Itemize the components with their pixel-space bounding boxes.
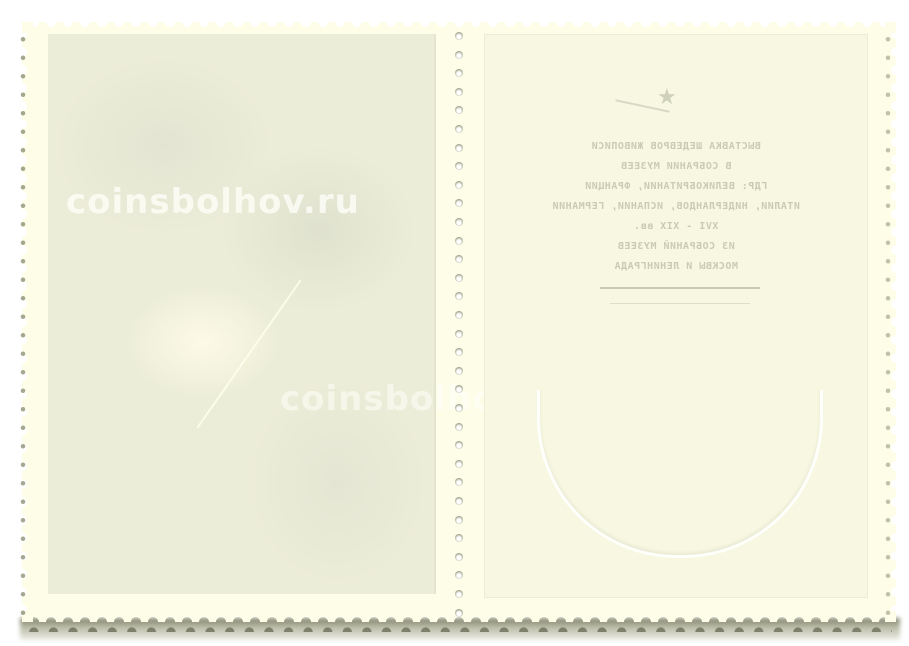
perforation-hole: [455, 144, 463, 152]
perforation-hole: [455, 88, 463, 96]
perforation-hole: [455, 367, 463, 375]
mirrored-text-line: ИТАЛИИ, НИДЕРЛАНДОВ, ИСПАНИИ, ГЕРМАНИИ: [485, 199, 867, 215]
perforation-hole: [455, 348, 463, 356]
mirrored-text-line: ИЗ СОБРАНИЙ МУЗЕЕВ: [485, 239, 867, 255]
perforation-hole: [455, 162, 463, 170]
perforation-hole: [455, 534, 463, 542]
label-reverse-panel: ★ ВЫСТАВКА ШЕДЕВРОВ ЖИВОПИСИВ СОБРАНИИ М…: [484, 34, 868, 598]
perforation-hole: [455, 125, 463, 133]
left-perforation-edge: [20, 30, 26, 620]
perforation-hole: [455, 497, 463, 505]
perforation-hole: [455, 51, 463, 59]
perforation-hole: [455, 478, 463, 486]
embossed-seal-icon: [537, 390, 823, 558]
perforation-hole: [455, 404, 463, 412]
perforation-hole: [455, 385, 463, 393]
perforation-hole: [455, 218, 463, 226]
perforation-hole: [455, 69, 463, 77]
perforation-hole: [455, 274, 463, 282]
perforation-hole: [455, 311, 463, 319]
perforation-hole: [455, 199, 463, 207]
mirrored-text-line: МОСКВЫ И ЛЕНИНГРАДА: [485, 259, 867, 275]
divider: [600, 287, 760, 289]
mirrored-text-line: XVI - XIX вв.: [485, 219, 867, 235]
perforation-hole: [455, 181, 463, 189]
perforation-column: [455, 28, 465, 628]
mirrored-text-line: ВЫСТАВКА ШЕДЕВРОВ ЖИВОПИСИ: [485, 139, 867, 155]
perforation-hole: [455, 330, 463, 338]
perforation-hole: [455, 292, 463, 300]
mirrored-text-line: В СОБРАНИИ МУЗЕЕВ: [485, 159, 867, 175]
perforation-hole: [455, 553, 463, 561]
perforation-hole: [455, 460, 463, 468]
stamp-reverse-panel: coinsbolhov.ru coinsbolhov.ru: [48, 34, 436, 594]
perforation-hole: [455, 590, 463, 598]
perforation-hole: [455, 106, 463, 114]
star-icon: ★: [657, 85, 677, 110]
watermark-text: coinsbolhov.ru: [66, 182, 360, 222]
perforation-hole: [455, 516, 463, 524]
perforation-hole: [455, 609, 463, 617]
perforation-hole: [455, 255, 463, 263]
perforation-hole: [455, 32, 463, 40]
perforation-hole: [455, 571, 463, 579]
perforation-hole: [455, 237, 463, 245]
divider: [610, 303, 750, 304]
perforation-hole: [455, 423, 463, 431]
right-perforation-edge: [885, 30, 891, 620]
perforation-hole: [455, 441, 463, 449]
mirrored-text-line: ГДР: ВЕЛИКОБРИТАНИИ, ФРАНЦИИ: [485, 179, 867, 195]
